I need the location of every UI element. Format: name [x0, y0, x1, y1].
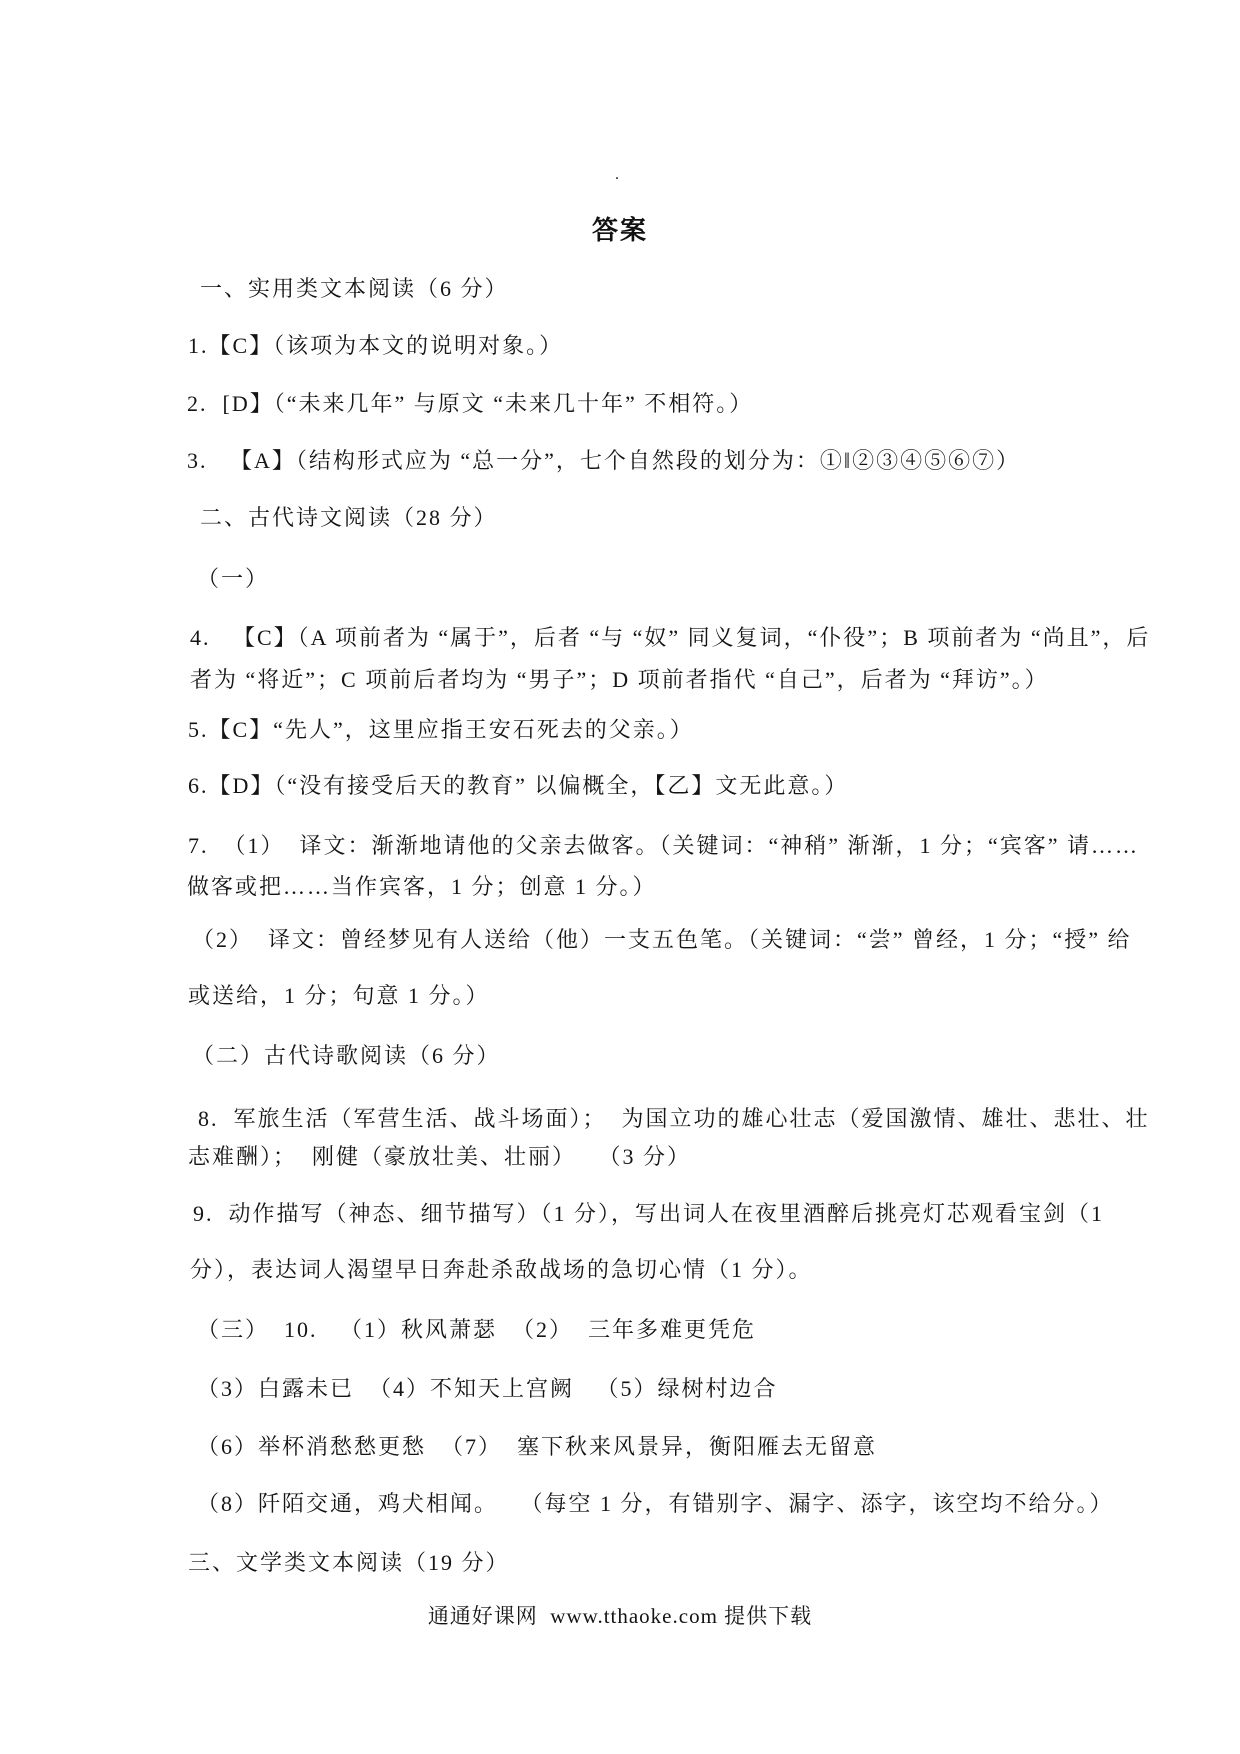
answer-3: 3. 【A】（结构形式应为 “总一分”，七个自然段的划分为：①‖②③④⑤⑥⑦） — [187, 448, 1020, 474]
answer-sheet-page: . 答案 一、实用类文本阅读（6 分） 1.【C】（该项为本文的说明对象。） 2… — [0, 0, 1240, 1754]
answer-10-line-2: （3）白露未已 （4）不知天上宫阙 （5）绿树村边合 — [197, 1376, 778, 1402]
answer-10-line-3: （6）举杯消愁愁更愁 （7） 塞下秋来风景异，衡阳雁去无留意 — [197, 1434, 877, 1460]
stray-dot-mark: . — [615, 166, 619, 184]
answer-10-line-1: （三） 10. （1）秋风萧瑟 （2） 三年多难更凭危 — [197, 1317, 756, 1343]
answer-9-line-2: 分），表达词人渴望早日奔赴杀敌战场的急切心情（1 分）。 — [190, 1257, 813, 1283]
answer-5: 5.【C】“先人”，这里应指王安石死去的父亲。） — [188, 717, 694, 743]
answer-2: 2. [D】（“未来几年” 与原文 “未来几十年” 不相符。） — [187, 391, 753, 417]
answer-10-line-4: （8）阡陌交通，鸡犬相闻。 （每空 1 分，有错别字、漏字、添字，该空均不给分。… — [197, 1491, 1114, 1517]
answer-7-part-2-line-1: （2） 译文：曾经梦见有人送给（他）一支五色笔。（关键词：“尝” 曾经，1 分；… — [192, 927, 1132, 953]
answer-7-part-1-line-2: 做客或把……当作宾客，1 分；创意 1 分。） — [187, 874, 657, 900]
answer-4-line-2: 者为 “将近”；C 项前后者均为 “男子”；D 项前者指代 “自己”，后者为 “… — [190, 667, 1049, 693]
subsection-1-label: （一） — [197, 566, 269, 592]
footer-watermark: 通通好课网 www.tthaoke.com 提供下载 — [0, 1600, 1240, 1630]
answer-4-line-1: 4. 【C】（A 项前者为 “属于”，后者 “与 “奴” 同义复词，“仆役”；B… — [190, 625, 1150, 651]
subsection-2-heading: （二）古代诗歌阅读（6 分） — [192, 1043, 501, 1069]
page-title: 答案 — [0, 210, 1240, 247]
section-1-heading: 一、实用类文本阅读（6 分） — [200, 276, 509, 302]
answer-9-line-1: 9. 动作描写（神态、细节描写）（1 分），写出词人在夜里酒醉后挑亮灯芯观看宝剑… — [193, 1201, 1104, 1227]
answer-7-part-2-line-2: 或送给，1 分；句意 1 分。） — [188, 983, 490, 1009]
answer-8-line-1: 8. 军旅生活（军营生活、战斗场面）； 为国立功的雄心壮志（爱国激情、雄壮、悲壮… — [198, 1106, 1150, 1132]
section-3-heading: 三、文学类文本阅读（19 分） — [188, 1550, 510, 1576]
section-2-heading: 二、古代诗文阅读（28 分） — [200, 505, 498, 531]
answer-6: 6.【D】（“没有接受后天的教育” 以偏概全，【乙】文无此意。） — [188, 773, 848, 799]
answer-8-line-2: 志难酬）； 刚健（豪放壮美、壮丽） （3 分） — [188, 1144, 691, 1170]
answer-1: 1.【C】（该项为本文的说明对象。） — [188, 333, 563, 359]
answer-7-part-1-line-1: 7. （1） 译文：渐渐地请他的父亲去做客。（关键词：“神稍” 渐渐，1 分；“… — [188, 833, 1139, 859]
